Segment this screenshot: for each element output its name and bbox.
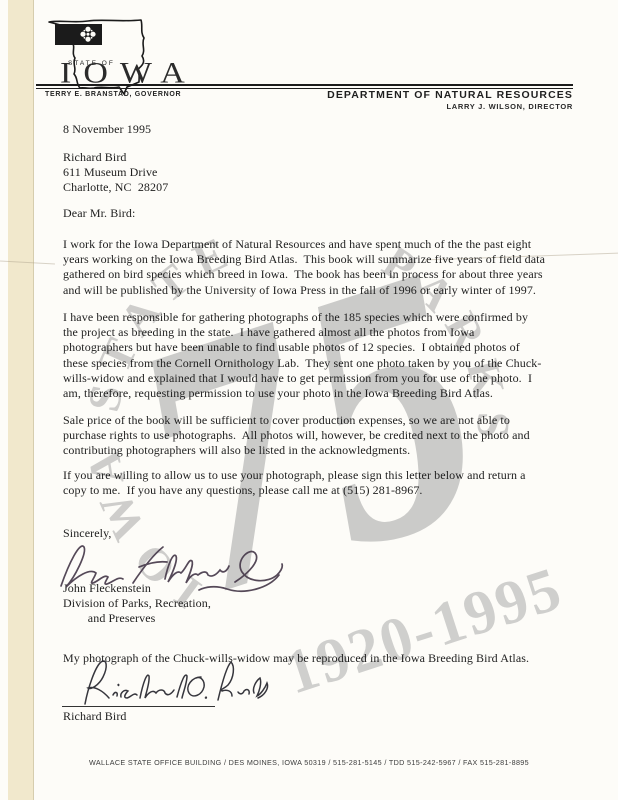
letter-date: 8 November 1995 [63, 122, 151, 137]
recipient-address: Richard Bird 611 Museum Drive Charlotte,… [63, 150, 168, 196]
paragraph-4: If you are willing to allow us to use yo… [63, 468, 526, 498]
footer-contact-line: WALLACE STATE OFFICE BUILDING / DES MOIN… [30, 758, 588, 767]
salutation: Dear Mr. Bird: [63, 206, 135, 221]
paragraph-3: Sale price of the book will be sufficien… [63, 413, 530, 459]
iowa-wordmark: IOWA [60, 57, 197, 90]
paragraph-2: I have been responsible for gathering ph… [63, 310, 542, 401]
director-line: LARRY J. WILSON, DIRECTOR [446, 102, 573, 111]
paragraph-1: I work for the Iowa Department of Natura… [63, 237, 545, 298]
department-title: DEPARTMENT OF NATURAL RESOURCES [327, 89, 573, 101]
signature-john-fleckenstein [55, 535, 290, 597]
governor-line: TERRY E. BRANSTAD, GOVERNOR [45, 91, 181, 98]
scanned-letter-page: { "header": { "state_of": "STATE OF", "s… [0, 0, 618, 800]
signature-richard-bird [55, 655, 270, 715]
